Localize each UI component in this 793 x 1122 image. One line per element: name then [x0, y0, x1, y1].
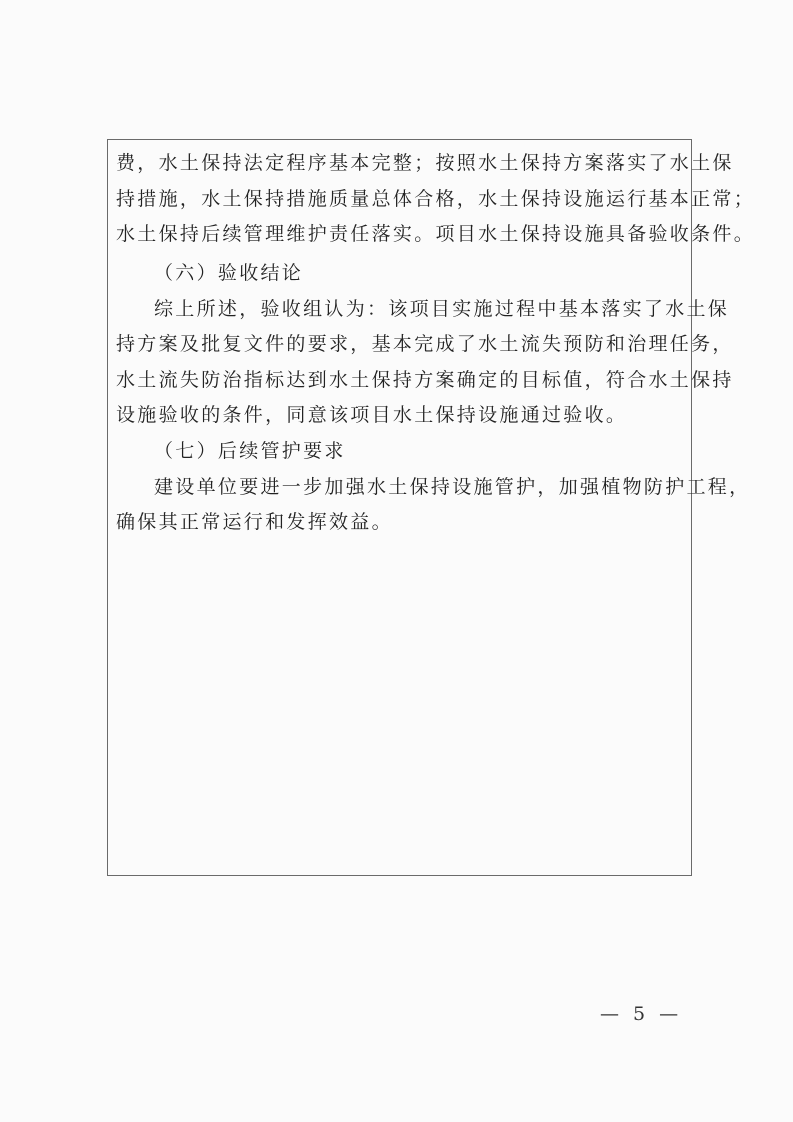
- page-number: — 5 —: [600, 1003, 682, 1025]
- section-heading: （七）后续管护要求: [116, 434, 688, 470]
- text-line: 确保其正常运行和发挥效益。: [116, 505, 688, 541]
- text-line: 费，水土保持法定程序基本完整；按照水土保持方案落实了水土保: [116, 146, 688, 182]
- section-7: （七）后续管护要求 建设单位要进一步加强水土保持设施管护，加强植物防护工程， 确…: [116, 434, 688, 541]
- text-line: 水土保持后续管理维护责任落实。项目水土保持设施具备验收条件。: [116, 217, 688, 253]
- text-line: 设施验收的条件，同意该项目水土保持设施通过验收。: [116, 398, 688, 434]
- text-line: 持措施，水土保持措施质量总体合格，水土保持设施运行基本正常；: [116, 182, 688, 218]
- text-line: 水土流失防治指标达到水土保持方案确定的目标值，符合水土保持: [116, 363, 688, 399]
- text-line: 综上所述，验收组认为：该项目实施过程中基本落实了水土保: [116, 292, 688, 328]
- text-line: 持方案及批复文件的要求，基本完成了水土流失预防和治理任务，: [116, 327, 688, 363]
- text-line: 建设单位要进一步加强水土保持设施管护，加强植物防护工程，: [116, 470, 688, 506]
- paragraph-intro: 费，水土保持法定程序基本完整；按照水土保持方案落实了水土保 持措施，水土保持措施…: [116, 146, 688, 253]
- section-heading: （六）验收结论: [116, 256, 688, 292]
- section-6: （六）验收结论 综上所述，验收组认为：该项目实施过程中基本落实了水土保 持方案及…: [116, 256, 688, 434]
